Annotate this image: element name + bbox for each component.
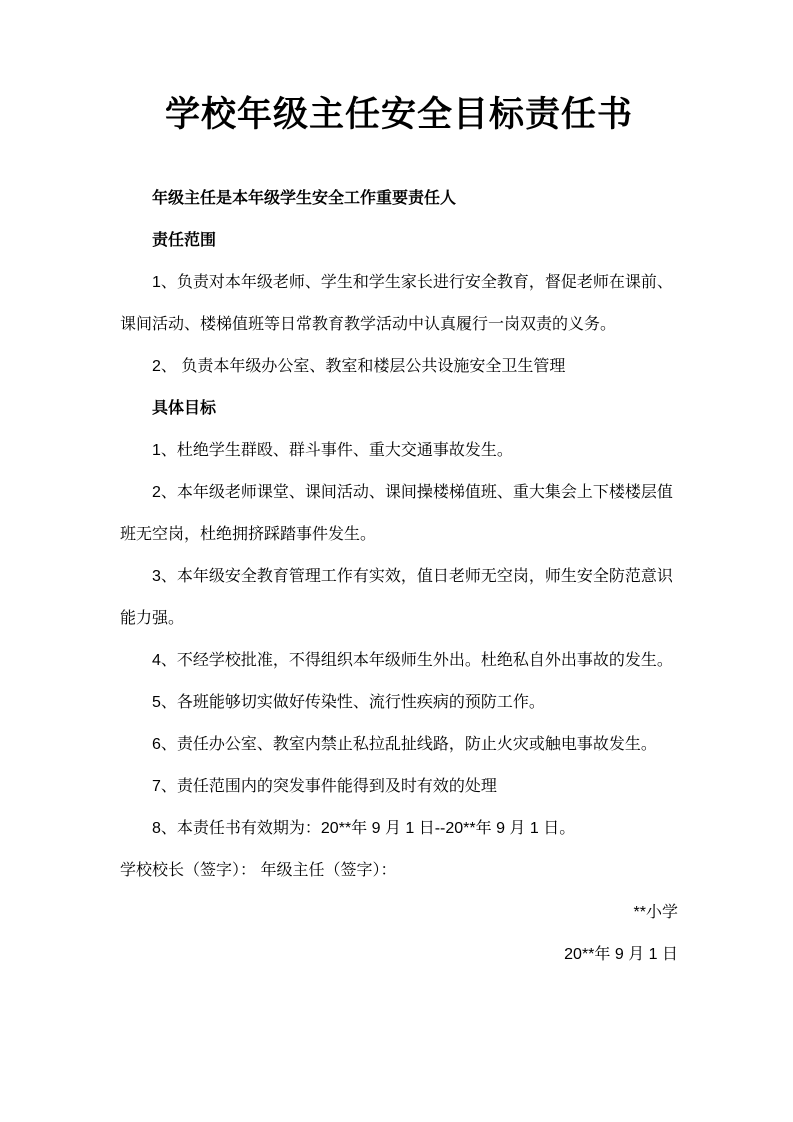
goal-item-3-line-1: 3、本年级安全教育管理工作有实效，值日老师无空岗，师生安全防范意识	[120, 556, 678, 598]
document-content: 学校年级主任安全目标责任书 年级主任是本年级学生安全工作重要责任人 责任范围 1…	[0, 0, 793, 976]
signature-line: 学校校长（签字）： 年级主任（签字）：	[120, 850, 678, 892]
goal-item-8-validity-period: 8、本责任书有效期为：20**年 9 月 1 日--20**年 9 月 1 日。	[120, 808, 678, 850]
date-line: 20**年 9 月 1 日	[120, 934, 678, 976]
school-name: **小学	[120, 892, 678, 934]
goal-item-4: 4、不经学校批准，不得组织本年级师生外出。杜绝私自外出事故的发生。	[120, 640, 678, 682]
scope-item-1-line-1: 1、负责对本年级老师、学生和学生家长进行安全教育，督促老师在课前、	[120, 262, 678, 304]
scope-item-1-line-2: 课间活动、楼梯值班等日常教育教学活动中认真履行一岗双责的义务。	[120, 304, 678, 346]
goal-item-3-line-2: 能力强。	[120, 598, 678, 640]
section-heading-specific-goals: 具体目标	[120, 388, 678, 430]
goal-item-5: 5、各班能够切实做好传染性、流行性疾病的预防工作。	[120, 682, 678, 724]
goal-item-2-line-2: 班无空岗，杜绝拥挤踩踏事件发生。	[120, 514, 678, 556]
section-heading-responsibility-scope: 责任范围	[120, 220, 678, 262]
document-page: 学校年级主任安全目标责任书 年级主任是本年级学生安全工作重要责任人 责任范围 1…	[0, 0, 793, 1122]
intro-statement: 年级主任是本年级学生安全工作重要责任人	[120, 178, 678, 220]
goal-item-1: 1、杜绝学生群殴、群斗事件、重大交通事故发生。	[120, 430, 678, 472]
document-title: 学校年级主任安全目标责任书	[120, 0, 678, 135]
goal-item-7: 7、责任范围内的突发事件能得到及时有效的处理	[120, 766, 678, 808]
goal-item-6: 6、责任办公室、教室内禁止私拉乱扯线路，防止火灾或触电事故发生。	[120, 724, 678, 766]
document-body: 年级主任是本年级学生安全工作重要责任人 责任范围 1、负责对本年级老师、学生和学…	[120, 178, 678, 976]
goal-item-2-line-1: 2、本年级老师课堂、课间活动、课间操楼梯值班、重大集会上下楼楼层值	[120, 472, 678, 514]
scope-item-2: 2、 负责本年级办公室、教室和楼层公共设施安全卫生管理	[120, 346, 678, 388]
